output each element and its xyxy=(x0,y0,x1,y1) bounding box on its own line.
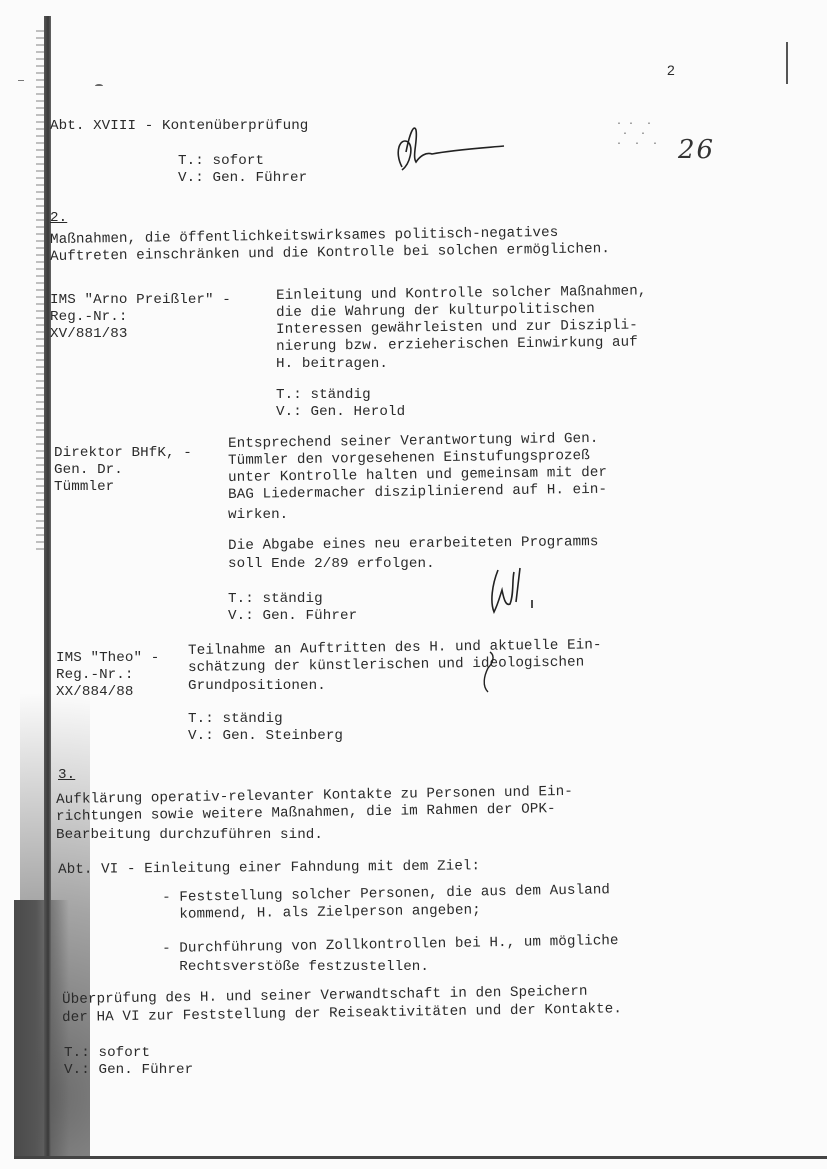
assignee: V.: Gen. Herold xyxy=(276,404,405,421)
scan-mark xyxy=(786,42,788,84)
scan-artifact xyxy=(14,900,69,1156)
entry-label: Reg.-Nr.: xyxy=(56,667,134,684)
bullet-item: Rechtsverstöße festzustellen. xyxy=(162,959,429,976)
scan-mark xyxy=(95,84,103,88)
entry-name: IMS "Arno Preißler" xyxy=(50,292,214,308)
assignee: V.: Gen. Führer xyxy=(178,170,307,187)
bullet-item: - Feststellung solcher Personen, die aus… xyxy=(162,882,610,906)
entry-note: soll Ende 2/89 erfolgen. xyxy=(228,556,435,573)
scan-mark xyxy=(18,80,24,81)
handwritten-signature xyxy=(392,122,512,177)
section1-line: Abt. XVIII - Kontenüberprüfung xyxy=(50,118,308,135)
handwritten-number: 26 xyxy=(678,135,715,165)
scan-edge-bottom xyxy=(14,1156,827,1159)
entry-text: H. beitragen. xyxy=(276,356,388,373)
entry-label: XX/884/88 xyxy=(56,684,134,701)
deadline: T.: sofort xyxy=(64,1045,150,1062)
entry-label: Tümmler xyxy=(54,479,114,496)
entry-name: IMS "Theo" xyxy=(56,650,142,666)
entry-text: Grundpositionen. xyxy=(188,678,326,695)
entry-label: IMS "Theo" - xyxy=(56,650,159,667)
smudge-dots: . . . . . . . . xyxy=(616,118,658,148)
scan-edge-shadow xyxy=(44,16,51,1156)
entry-label: Gen. Dr. xyxy=(54,462,123,479)
entry-label: IMS "Arno Preißler" - xyxy=(50,292,231,309)
handwritten-mark xyxy=(480,648,510,698)
assignee: V.: Gen. Führer xyxy=(228,608,357,625)
entry-note: Die Abgabe eines neu erarbeiteten Progra… xyxy=(228,534,599,554)
deadline: T.: ständig xyxy=(228,591,323,608)
deadline: T.: sofort xyxy=(178,153,264,170)
bullet-item: - Durchführung von Zollkontrollen bei H.… xyxy=(162,933,619,957)
assignee: V.: Gen. Führer xyxy=(64,1062,193,1079)
task-label: Kontenüberprüfung xyxy=(162,118,308,134)
entry-label: Direktor BHfK, - xyxy=(54,445,192,462)
assignee: V.: Gen. Steinberg xyxy=(188,728,343,745)
entry-label: XV/881/83 xyxy=(50,326,128,343)
abt-vi-label: Abt. VI - Einleitung einer Fahndung mit … xyxy=(58,858,480,878)
scan-artifact xyxy=(36,30,44,550)
entry-text: nierung bzw. erzieherischen Einwirkung a… xyxy=(276,335,638,356)
page-number: 2 xyxy=(667,62,675,78)
section-number: 2. xyxy=(50,210,67,227)
section-number: 3. xyxy=(58,767,75,784)
section-heading: Bearbeitung durchzuführen sind. xyxy=(56,827,323,844)
handwritten-initials xyxy=(484,560,574,620)
entry-name: Direktor BHfK, xyxy=(54,445,175,461)
deadline: T.: ständig xyxy=(188,711,283,728)
entry-label: Reg.-Nr.: xyxy=(50,309,128,326)
deadline: T.: ständig xyxy=(276,387,371,404)
entry-text: wirken. xyxy=(228,507,288,524)
document-page: 2 . . . . . . . . 26 Abt. XVIII - Konten… xyxy=(0,0,827,1169)
bullet-item: kommend, H. als Zielperson angeben; xyxy=(162,903,481,924)
unit-label: Abt. XVIII xyxy=(50,118,136,134)
